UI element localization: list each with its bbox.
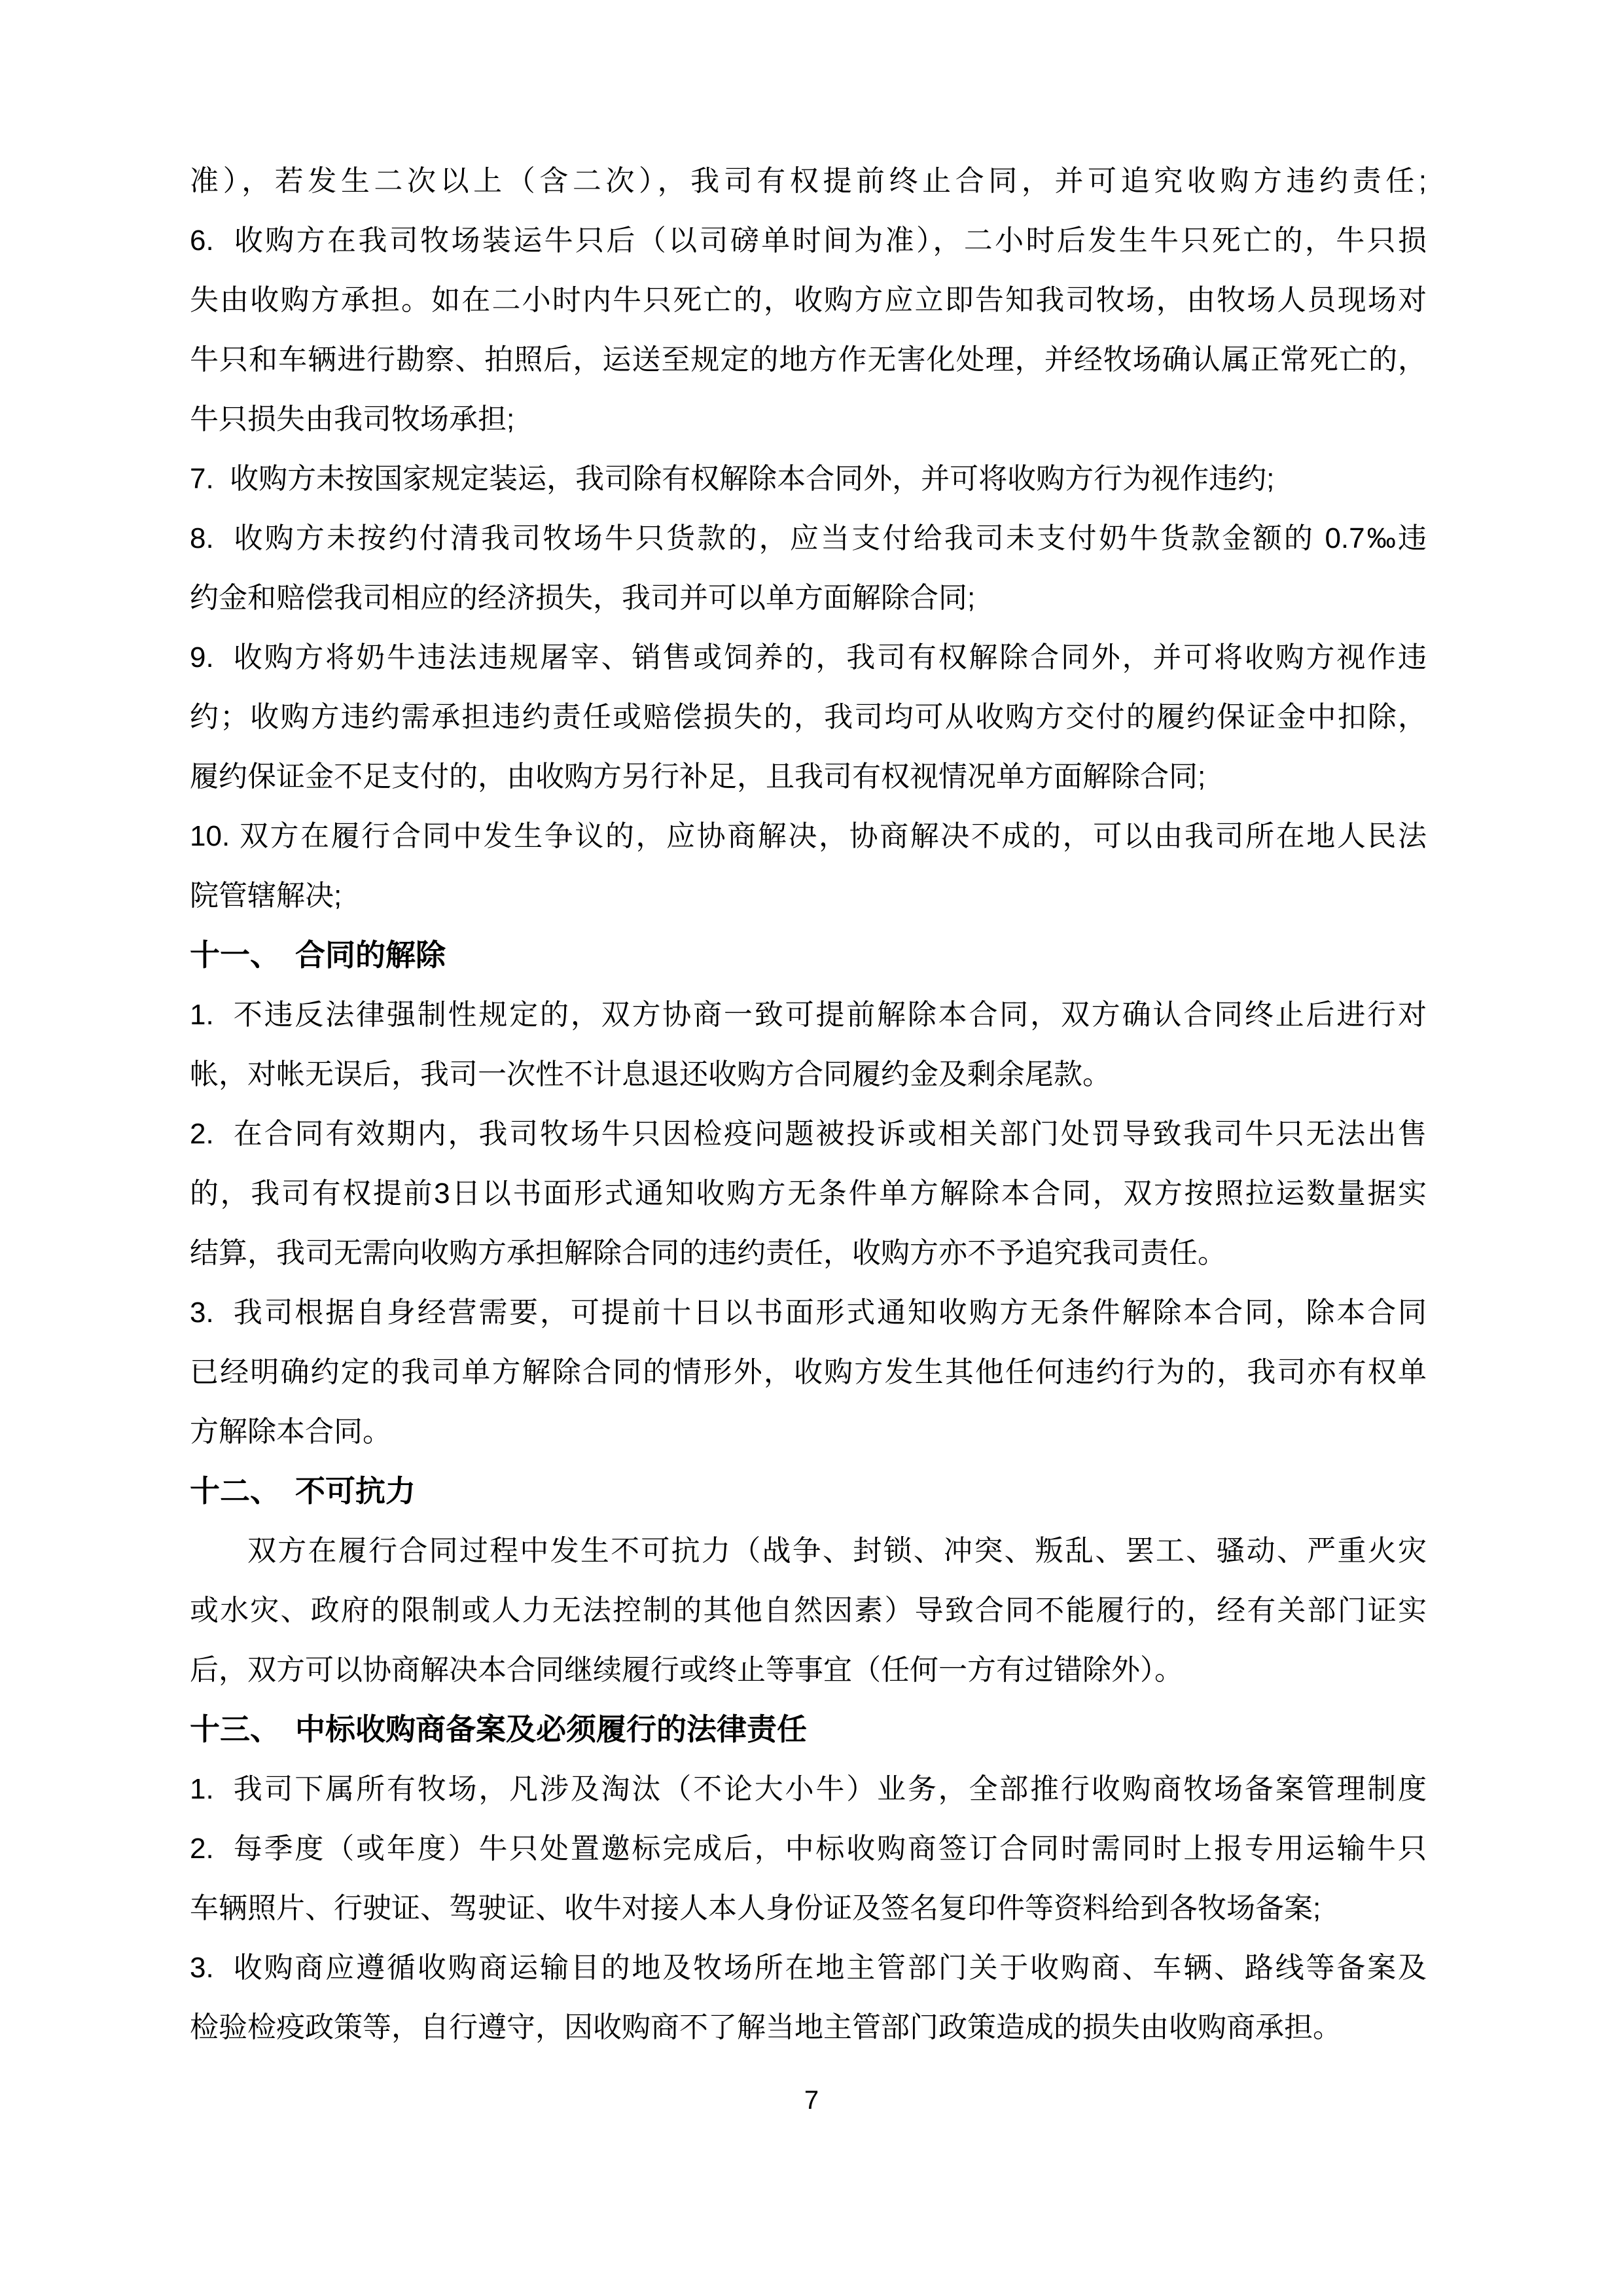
document-body: 准），若发生二次以上（含二次），我司有权提前终止合同，并可追究收购方违约责任;6… [190,151,1427,2057]
paragraph-line: 结算，我司无需向收购方承担解除合同的违约责任，收购方亦不予追究我司责任。 [190,1223,1427,1283]
paragraph-line: 双方在履行合同过程中发生不可抗力（战争、封锁、冲突、叛乱、罢工、骚动、严重火灾 [190,1521,1427,1581]
paragraph-line: 帐，对帐无误后，我司一次性不计息退还收购方合同履约金及剩余尾款。 [190,1045,1427,1104]
paragraph-line: 或水灾、政府的限制或人力无法控制的其他自然因素）导致合同不能履行的，经有关部门证… [190,1581,1427,1640]
paragraph-line: 方解除本合同。 [190,1402,1427,1462]
section-heading: 十三、 中标收购商备案及必须履行的法律责任 [190,1700,1427,1759]
paragraph-line: 8. 收购方未按约付清我司牧场牛只货款的，应当支付给我司未支付奶牛货款金额的 0… [190,509,1427,568]
paragraph-line: 3. 我司根据自身经营需要，可提前十日以书面形式通知收购方无条件解除本合同，除本… [190,1283,1427,1342]
paragraph-line: 车辆照片、行驶证、驾驶证、收牛对接人本人身份证及签名复印件等资料给到各牧场备案; [190,1878,1427,1938]
paragraph-line: 后，双方可以协商解决本合同继续履行或终止等事宜（任何一方有过错除外）。 [190,1640,1427,1700]
paragraph-line: 院管辖解决; [190,866,1427,925]
paragraph-line: 失由收购方承担。如在二小时内牛只死亡的，收购方应立即告知我司牧场，由牧场人员现场… [190,270,1427,330]
paragraph-line: 7. 收购方未按国家规定装运，我司除有权解除本合同外，并可将收购方行为视作违约; [190,449,1427,509]
paragraph-line: 牛只和车辆进行勘察、拍照后，运送至规定的地方作无害化处理，并经牧场确认属正常死亡… [190,330,1427,389]
paragraph-line: 1. 我司下属所有牧场，凡涉及淘汰（不论大小牛）业务，全部推行收购商牧场备案管理… [190,1759,1427,1819]
paragraph-line: 已经明确约定的我司单方解除合同的情形外，收购方发生其他任何违约行为的，我司亦有权… [190,1342,1427,1402]
paragraph-line: 10. 双方在履行合同中发生争议的，应协商解决，协商解决不成的，可以由我司所在地… [190,806,1427,866]
paragraph-line: 履约保证金不足支付的，由收购方另行补足，且我司有权视情况单方面解除合同; [190,747,1427,806]
page-number: 7 [804,2086,819,2115]
paragraph-line: 1. 不违反法律强制性规定的，双方协商一致可提前解除本合同，双方确认合同终止后进… [190,985,1427,1045]
page-footer: 7 [0,2085,1623,2116]
paragraph-line: 9. 收购方将奶牛违法违规屠宰、销售或饲养的，我司有权解除合同外，并可将收购方视… [190,628,1427,687]
paragraph-line: 6. 收购方在我司牧场装运牛只后（以司磅单时间为准），二小时后发生牛只死亡的，牛… [190,211,1427,270]
paragraph-line: 约金和赔偿我司相应的经济损失，我司并可以单方面解除合同; [190,568,1427,628]
document-page: { "page": { "number": "7", "lines": [ { … [0,0,1623,2296]
paragraph-line: 检验检疫政策等，自行遵守，因收购商不了解当地主管部门政策造成的损失由收购商承担。 [190,1998,1427,2057]
paragraph-line: 2. 在合同有效期内，我司牧场牛只因检疫问题被投诉或相关部门处罚导致我司牛只无法… [190,1104,1427,1164]
section-heading: 十二、 不可抗力 [190,1462,1427,1521]
paragraph-line: 的，我司有权提前3日以书面形式通知收购方无条件单方解除本合同，双方按照拉运数量据… [190,1164,1427,1223]
paragraph-line: 2. 每季度（或年度）牛只处置邀标完成后，中标收购商签订合同时需同时上报专用运输… [190,1819,1427,1878]
section-heading: 十一、 合同的解除 [190,925,1427,985]
paragraph-line: 牛只损失由我司牧场承担; [190,389,1427,449]
paragraph-line: 3. 收购商应遵循收购商运输目的地及牧场所在地主管部门关于收购商、车辆、路线等备… [190,1938,1427,1998]
paragraph-line: 约；收购方违约需承担违约责任或赔偿损失的，我司均可从收购方交付的履约保证金中扣除… [190,687,1427,747]
paragraph-line: 准），若发生二次以上（含二次），我司有权提前终止合同，并可追究收购方违约责任; [190,151,1427,211]
